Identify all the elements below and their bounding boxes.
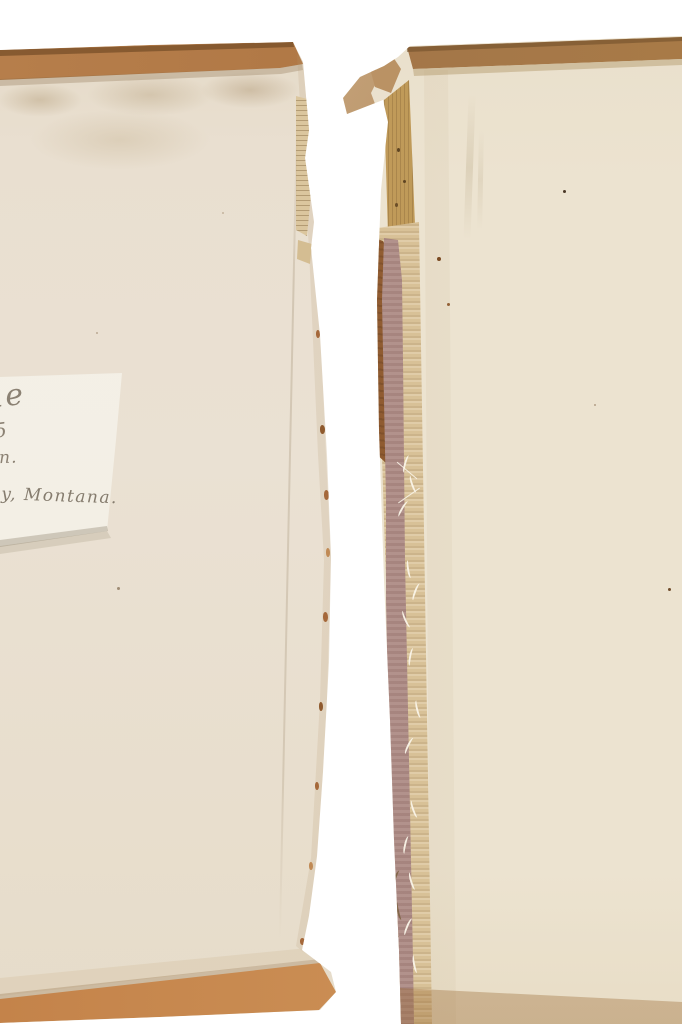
spine-fleck [403, 180, 406, 183]
foxing-speck [594, 404, 596, 406]
spine-fleck [397, 148, 400, 152]
edge-chip [309, 862, 313, 870]
edge-chip [320, 425, 325, 434]
edge-chip [300, 938, 305, 945]
photo-of-antique-book: he 5 an. ity, Montana. [0, 0, 682, 1024]
edge-chip [319, 702, 323, 711]
foxing-speck [222, 212, 224, 214]
foxing-speck [437, 257, 441, 261]
edge-chip [315, 782, 319, 790]
handwriting-line-3: an. [0, 449, 18, 467]
foxing-speck [447, 303, 450, 306]
edge-chip [324, 490, 329, 500]
foxing-speck [117, 587, 120, 590]
foxing-speck [96, 332, 98, 334]
foxing-speck [563, 190, 566, 193]
foxing-speck [668, 588, 671, 591]
handwriting-line-1: he [0, 380, 27, 414]
edge-chip [326, 548, 330, 557]
edge-chip [316, 330, 320, 338]
spine-fleck [395, 203, 398, 207]
handwriting-line-4: ity, Montana. [0, 486, 118, 508]
edge-chip [323, 612, 328, 622]
edge-chip [314, 238, 319, 245]
edge-chip [310, 178, 314, 184]
